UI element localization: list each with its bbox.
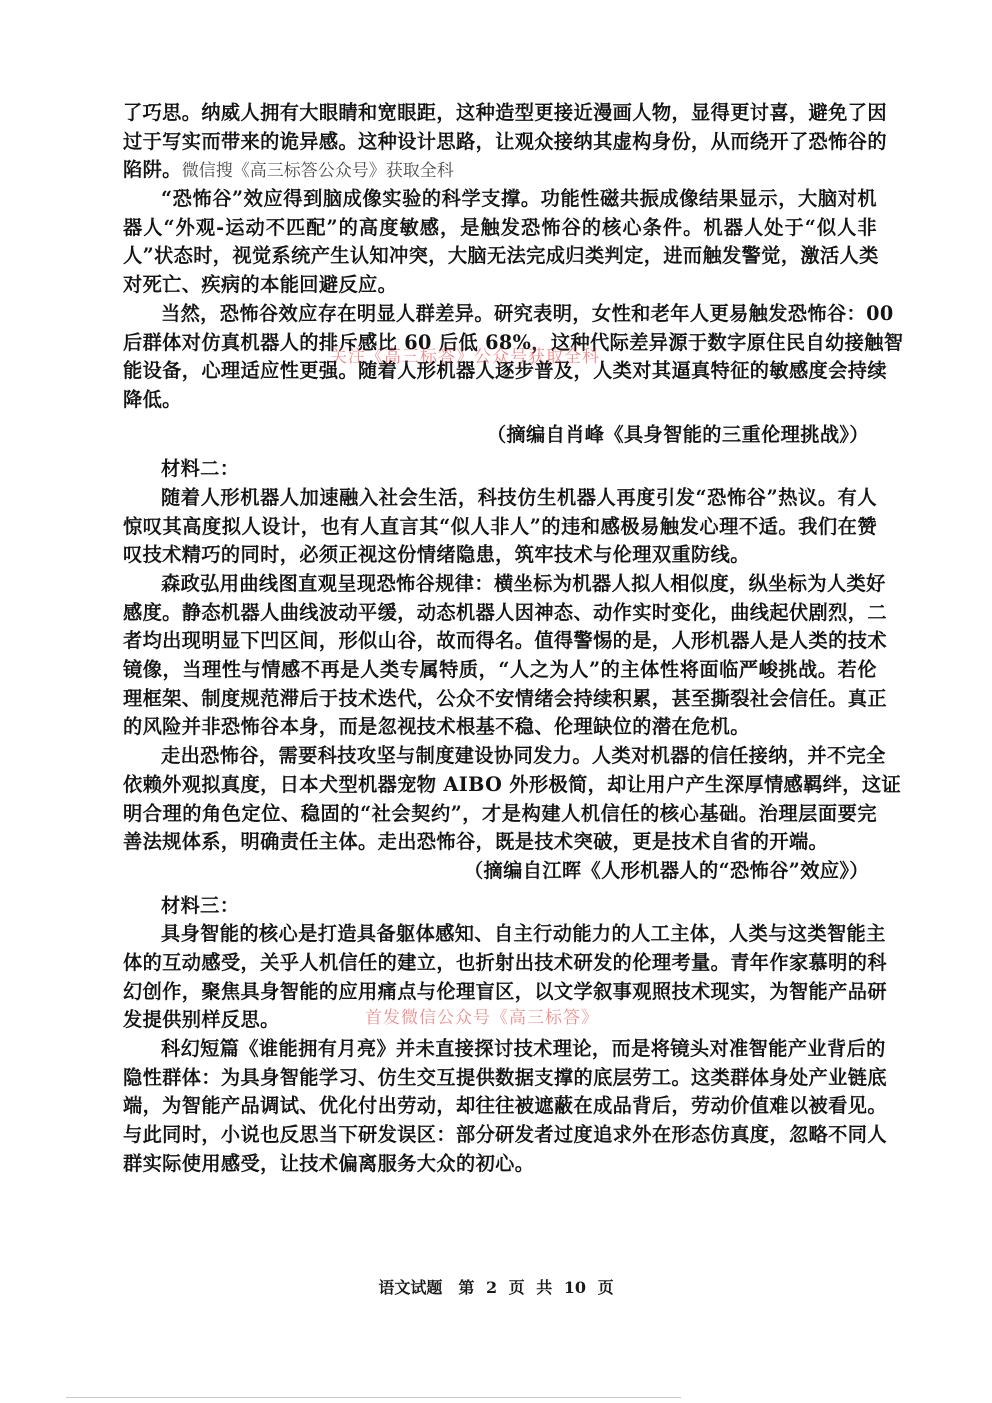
text-line: 过于写实而带来的诡异感。这种设计思路，让观众接纳其虚构身份，从而绕开了恐怖谷的 bbox=[123, 128, 877, 157]
text-line: 当然，恐怖谷效应存在明显人群差异。研究表明，女性和老年人更易触发恐怖谷：00 bbox=[123, 300, 877, 329]
red-watermark-lower: 首发微信公众号《高三标答》 bbox=[365, 1003, 599, 1028]
text-line: 与此同时，小说也反思当下研发误区：部分研发者过度追求外在形态仿真度，忽略不同人 bbox=[123, 1121, 877, 1150]
text-line: 惊叹其高度拟人设计，也有人直言其“似人非人”的违和感极易触发心理不适。我们在赞 bbox=[123, 513, 877, 542]
text-line: 降低。 bbox=[123, 386, 877, 415]
text-line: 善法规体系，明确责任主体。走出恐怖谷，既是技术突破，更是技术自省的开端。 bbox=[123, 828, 877, 857]
source-citation: （摘编自江晖《人形机器人的“恐怖谷”效应》） bbox=[123, 857, 877, 886]
text-line: 走出恐怖谷，需要科技攻坚与制度建设协同发力。人类对机器的信任接纳，并不完全 bbox=[123, 742, 877, 771]
section-heading: 材料二： bbox=[123, 455, 877, 484]
text-line: 具身智能的核心是打造具备躯体感知、自主行动能力的人工主体，人类与这类智能主 bbox=[123, 920, 877, 949]
text-line: 明合理的角色定位、稳固的“社会契约”，才是构建人机信任的核心基础。治理层面要完 bbox=[123, 800, 877, 829]
text-line: 理框架、制度规范滞后于技术迭代，公众不安情绪会持续积累，甚至撕裂社会信任。真正 bbox=[123, 685, 877, 714]
inline-watermark: 微信搜《高三标答公众号》获取全科 bbox=[182, 161, 454, 181]
text-line: 森政弘用曲线图直观呈现恐怖谷规律：横坐标为机器人拟人相似度，纵坐标为人类好 bbox=[123, 570, 877, 599]
red-watermark-mid: 关注《高三标答》公众号获取全科 bbox=[330, 342, 600, 367]
text-line: 人”状态时，视觉系统产生认知冲突，大脑无法完成归类判定，进而触发警觉，激活人类 bbox=[123, 242, 877, 271]
text-line: 幻创作，聚焦具身智能的应用痛点与伦理盲区，以文学叙事观照技术现实，为智能产品研 bbox=[123, 978, 877, 1007]
bottom-divider bbox=[66, 1397, 681, 1398]
text-line: “恐怖谷”效应得到脑成像实验的科学支撑。功能性磁共振成像结果显示，大脑对机 bbox=[123, 185, 877, 214]
source-citation: （摘编自肖峰《具身智能的三重伦理挑战》） bbox=[123, 421, 877, 450]
text-line: 器人“外观-运动不匹配”的高度敏感，是触发恐怖谷的核心条件。机器人处于“似人非 bbox=[123, 214, 877, 243]
footer-page-number: 第 2 页 共 10 页 bbox=[458, 1278, 613, 1297]
text-line: 依赖外观拟真度，日本犬型机器宠物 AIBO 外形极简，却让用户产生深厚情感羁绊，… bbox=[123, 771, 877, 800]
text-fragment: 陷阱。 bbox=[123, 158, 182, 181]
text-line: 端，为智能产品调试、优化付出劳动，却往往被遮蔽在成品背后，劳动价值难以被看见。 bbox=[123, 1092, 877, 1121]
text-line: 群实际使用感受，让技术偏离服务大众的初心。 bbox=[123, 1150, 877, 1179]
text-line: 者均出现明显下凹区间，形似山谷，故而得名。值得警惕的是，人形机器人是人类的技术 bbox=[123, 627, 877, 656]
text-line: 随着人形机器人加速融入社会生活，科技仿生机器人再度引发“恐怖谷”热议。有人 bbox=[123, 484, 877, 513]
text-line: 了巧思。纳威人拥有大眼睛和宽眼距，这种造型更接近漫画人物，显得更讨喜，避免了因 bbox=[123, 99, 877, 128]
text-line: 体的互动感受，关乎人机信任的建立，也折射出技术研发的伦理考量。青年作家慕明的科 bbox=[123, 949, 877, 978]
text-line: 科幻短篇《谁能拥有月亮》并未直接探讨技术理论，而是将镜头对准智能产业背后的 bbox=[123, 1035, 877, 1064]
page-footer: 语文试题第 2 页 共 10 页 bbox=[0, 1275, 992, 1298]
text-line: 的风险并非恐怖谷本身，而是忽视技术根基不稳、伦理缺位的潜在危机。 bbox=[123, 713, 877, 742]
text-line: 对死亡、疾病的本能回避反应。 bbox=[123, 271, 877, 300]
text-line: 陷阱。微信搜《高三标答公众号》获取全科 bbox=[123, 156, 877, 185]
text-line: 镜像，当理性与情感不再是人类专属特质，“人之为人”的主体性将面临严峻挑战。若伦 bbox=[123, 656, 877, 685]
section-heading: 材料三： bbox=[123, 892, 877, 921]
text-line: 叹技术精巧的同时，必须正视这份情绪隐患，筑牢技术与伦理双重防线。 bbox=[123, 541, 877, 570]
text-line: 隐性群体：为具身智能学习、仿生交互提供数据支撑的底层劳工。这类群体身处产业链底 bbox=[123, 1064, 877, 1093]
text-line: 感度。静态机器人曲线波动平缓，动态机器人因神态、动作实时变化，曲线起伏剧烈，二 bbox=[123, 599, 877, 628]
footer-subject: 语文试题 bbox=[378, 1278, 442, 1297]
